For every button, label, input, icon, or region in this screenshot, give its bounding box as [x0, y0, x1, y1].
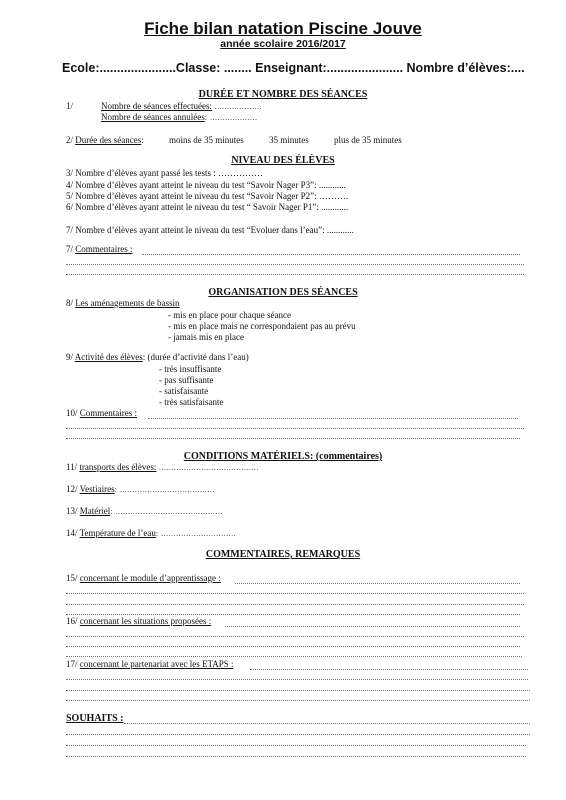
q9-option-3[interactable]: - satisfaisante — [159, 386, 208, 396]
comment-16-line-4[interactable] — [66, 655, 522, 657]
q17-label: 17/ concernant le partenariat avec les E… — [66, 659, 233, 669]
q1b-field[interactable]: Nombre de séances annulées: ............… — [101, 112, 257, 122]
q8-label: 8/ Les aménagements de bassin — [66, 298, 179, 308]
q9-option-4[interactable]: - très satisfaisante — [159, 397, 223, 407]
q8-option-2[interactable]: - mis en place mais ne correspondaient p… — [168, 321, 356, 331]
page-title: Fiche bilan natation Piscine Jouve — [0, 19, 566, 39]
comment-15-line-1[interactable] — [235, 582, 520, 584]
souhaits-label: SOUHAITS : — [66, 713, 124, 724]
q8-option-3[interactable]: - jamais mis en place — [168, 332, 244, 342]
q16-label: 16/ concernant les situations proposées … — [66, 616, 211, 626]
q1-number: 1/ — [66, 101, 73, 111]
comment-16-line-3[interactable] — [66, 645, 520, 647]
section-heading-organisation: ORGANISATION DES SÉANCES — [0, 287, 566, 298]
q9-option-1[interactable]: - très insuffisante — [159, 364, 221, 374]
souhaits-line-4[interactable] — [66, 755, 526, 757]
q6-field[interactable]: 6/ Nombre d’élèves ayant atteint le nive… — [66, 202, 348, 212]
comment-15-line-2[interactable] — [66, 592, 524, 594]
q8-option-1[interactable]: - mis en place pour chaque séance — [168, 310, 291, 320]
section-heading-niveau: NIVEAU DES ÉLÈVES — [0, 155, 566, 166]
q4-field[interactable]: 4/ Nombre d’élèves ayant atteint le nive… — [66, 180, 346, 190]
q5-field[interactable]: 5/ Nombre d’élèves ayant atteint le nive… — [66, 191, 348, 201]
comment-7-line-3[interactable] — [66, 273, 524, 275]
q9-label: 9/ Activité des élèves: (durée d’activit… — [66, 352, 249, 362]
comment-16-line-1[interactable] — [225, 625, 520, 627]
form-page: Fiche bilan natation Piscine Jouve année… — [0, 0, 566, 800]
section-heading-duree: DURÉE ET NOMBRE DES SÉANCES — [0, 89, 566, 100]
section-heading-conditions: CONDITIONS MATÉRIELS: (commentaires) — [0, 451, 566, 462]
q2-option-3[interactable]: plus de 35 minutes — [334, 135, 402, 145]
q11-field[interactable]: 11/ transports des élèves: .............… — [66, 462, 259, 472]
q15-label: 15/ concernant le module d’apprentissage… — [66, 573, 221, 583]
souhaits-line-3[interactable] — [66, 744, 526, 746]
header-fields[interactable]: Ecole:......................Classe: ....… — [62, 61, 525, 75]
comment-10-line-3[interactable] — [66, 437, 520, 439]
q2-option-1[interactable]: moins de 35 minutes — [169, 135, 244, 145]
q13-field[interactable]: 13/ Matériel: ..........................… — [66, 506, 223, 516]
q7-field[interactable]: 7/ Nombre d’élèves ayant atteint le nive… — [66, 225, 354, 235]
comment-7-line-2[interactable] — [66, 263, 524, 265]
comment-7-line-1[interactable] — [142, 253, 520, 255]
q1a-field[interactable]: Nombre de séances effectuées: ..........… — [101, 101, 262, 111]
comment-17-line-2[interactable] — [66, 678, 528, 680]
q3-field[interactable]: 3/ Nombre d’élèves ayant passé les tests… — [66, 168, 263, 178]
page-subtitle: année scolaire 2016/2017 — [0, 38, 566, 50]
comment-16-line-2[interactable] — [66, 635, 524, 637]
q9-option-2[interactable]: - pas suffisante — [159, 375, 213, 385]
souhaits-line-2[interactable] — [66, 733, 530, 735]
comment-10-line-1[interactable] — [148, 417, 518, 419]
q10-label: 10/ Commentaires : — [66, 408, 137, 418]
q12-field[interactable]: 12/ Vestiaires: ........................… — [66, 484, 215, 494]
comment-15-line-4[interactable] — [66, 613, 520, 615]
q2-option-2[interactable]: 35 minutes — [269, 135, 309, 145]
comment-17-line-3[interactable] — [66, 689, 530, 691]
q14-field[interactable]: 14/ Température de l’eau: ..............… — [66, 528, 236, 538]
comment-17-line-4[interactable] — [66, 699, 530, 701]
souhaits-line-1[interactable] — [124, 722, 530, 724]
section-heading-commentaires: COMMENTAIRES, REMARQUES — [0, 549, 566, 560]
comment-15-line-3[interactable] — [66, 603, 524, 605]
comment-10-line-2[interactable] — [66, 427, 524, 429]
q2-label: 2/ Durée des séances: — [66, 135, 144, 145]
comment-17-line-1[interactable] — [250, 668, 528, 670]
comment-7-label: 7/ Commentaires : — [66, 244, 133, 254]
